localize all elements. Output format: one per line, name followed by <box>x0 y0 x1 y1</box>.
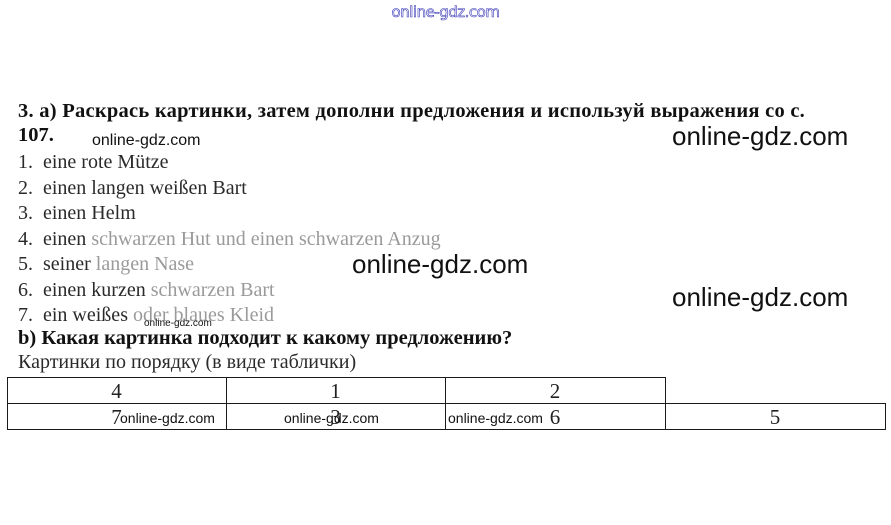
item-text: einen <box>43 228 91 250</box>
item-text: ein weißes <box>43 304 133 326</box>
list-item: 7.ein weißes oder blaues Kleid <box>18 303 441 329</box>
item-text-faded: schwarzen Bart <box>151 279 275 301</box>
list-item: 6.einen kurzen schwarzen Bart <box>18 278 441 304</box>
table-cell: 5 <box>665 405 885 430</box>
item-text-faded: langen Nase <box>96 253 194 275</box>
watermark: online-gdz.com <box>284 410 379 426</box>
table-border <box>7 377 666 378</box>
watermark: online-gdz.com <box>92 132 201 150</box>
watermark: online-gdz.com <box>352 249 528 280</box>
item-number: 3. <box>18 201 43 227</box>
watermark: online-gdz.com <box>448 410 543 426</box>
table-cell: 2 <box>445 379 665 404</box>
section-b-title: b) Какая картинка подходит к какому пред… <box>18 327 512 350</box>
watermark: online-gdz.com <box>672 282 848 313</box>
item-number: 5. <box>18 252 43 278</box>
table-border <box>885 403 886 430</box>
task-title: 3. a) Раскрась картинки, затем дополни п… <box>18 100 805 123</box>
watermark: online-gdz.com <box>120 410 215 426</box>
item-text: einen kurzen <box>43 279 151 301</box>
list-item: 2.einen langen weißen Bart <box>18 176 441 202</box>
answer-list: 1.eine rote Mütze 2.einen langen weißen … <box>18 150 441 329</box>
watermark: online-gdz.com <box>672 121 848 152</box>
item-number: 2. <box>18 176 43 202</box>
task-title-page: 107. <box>18 124 54 147</box>
table-cell: 4 <box>7 379 226 404</box>
item-number: 6. <box>18 278 43 304</box>
table-cell: 1 <box>226 379 445 404</box>
item-number: 7. <box>18 303 43 329</box>
item-text-faded: schwarzen Hut und einen schwarzen Anzug <box>91 228 440 250</box>
list-item: 1.eine rote Mütze <box>18 150 441 176</box>
item-text: seiner <box>43 253 96 275</box>
watermark-top: online-gdz.com <box>0 3 891 21</box>
item-number: 1. <box>18 150 43 176</box>
item-text: eine rote Mütze <box>43 151 169 173</box>
item-text: einen Helm <box>43 202 136 224</box>
item-text: einen langen weißen Bart <box>43 177 247 199</box>
section-b-subtitle: Картинки по порядку (в виде таблички) <box>18 351 356 374</box>
item-number: 4. <box>18 227 43 253</box>
list-item: 3.einen Helm <box>18 201 441 227</box>
